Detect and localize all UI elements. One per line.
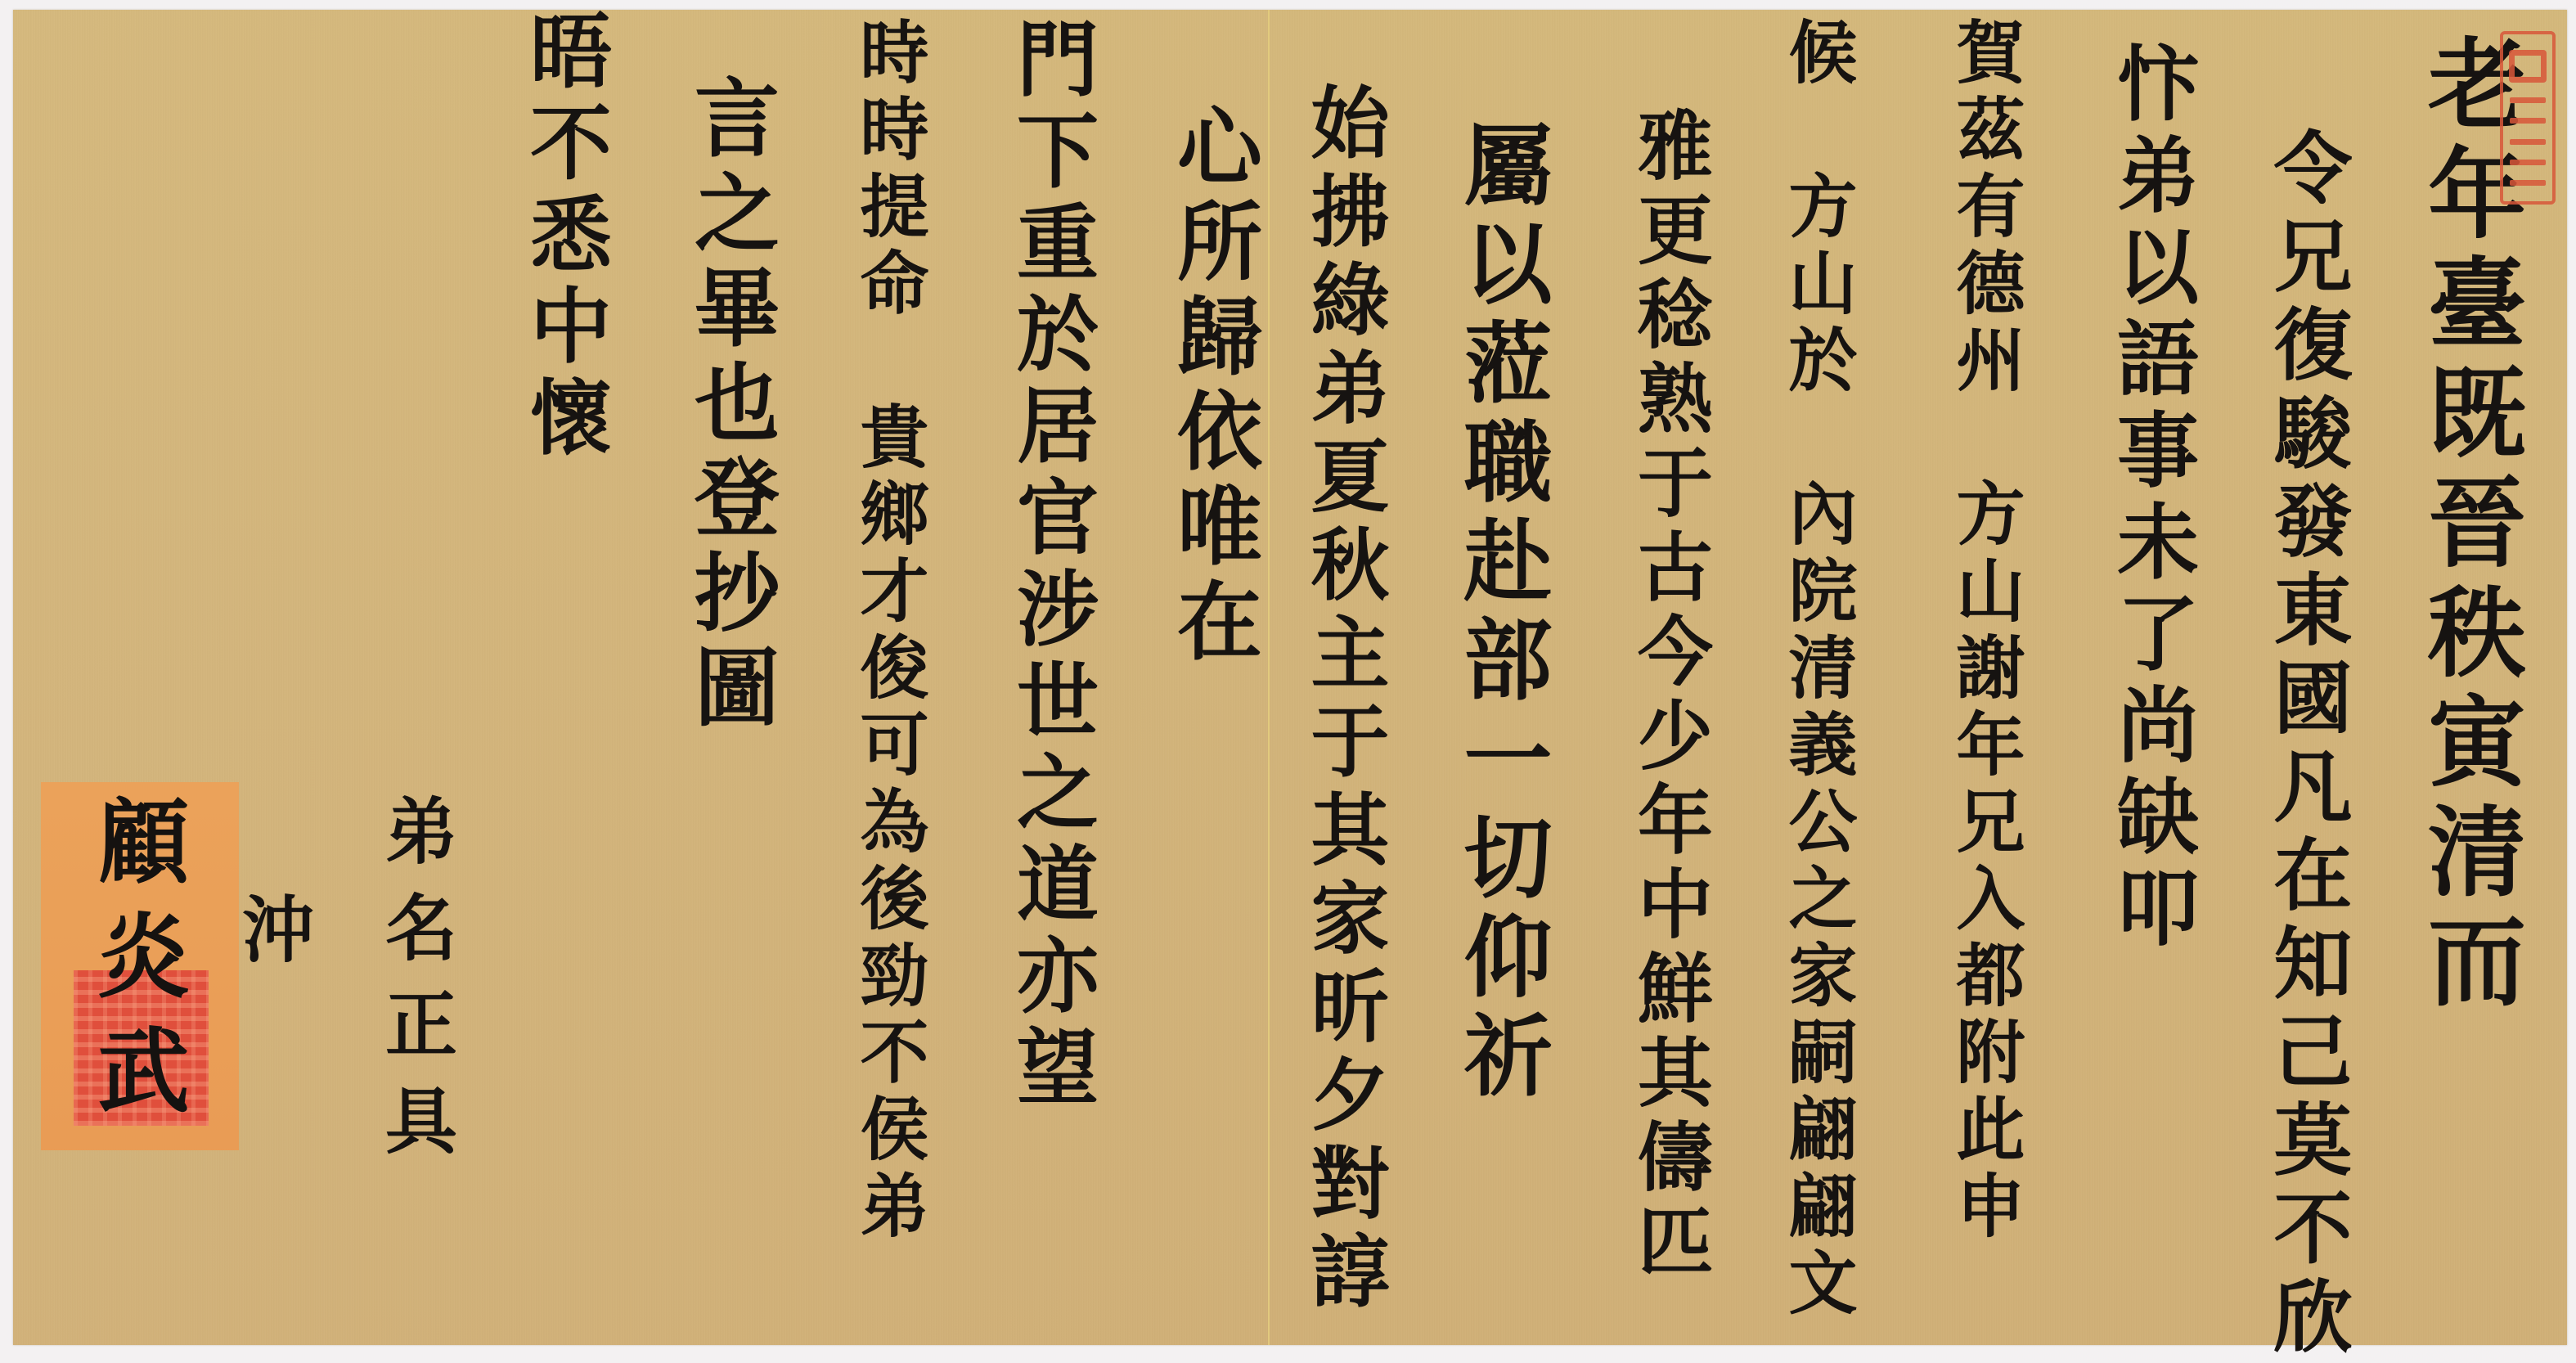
- name-slip: 顧炎武: [41, 782, 239, 1150]
- text-column: 言之畢也登抄圖: [687, 74, 772, 738]
- text-column: 心所歸依唯在: [1170, 102, 1255, 672]
- seal-stroke: [2510, 118, 2546, 124]
- text-column: 候 方山於 內院清義公之家嗣翩翩文: [1783, 16, 1852, 1324]
- seal-stroke: [2510, 160, 2546, 165]
- seal-stroke: [2510, 180, 2546, 186]
- panel-seam: [1268, 10, 1270, 1345]
- seal-top-right: [2500, 31, 2556, 205]
- text-column: 賀茲有德州 方山謝年兄入都附此申: [1951, 16, 2020, 1247]
- text-column: 忭弟以語事未了尚缺叩: [2111, 41, 2192, 957]
- text-column: 屬以蒞職赴部一切仰祈: [1456, 119, 1544, 1109]
- seal-stroke: [2509, 50, 2547, 83]
- text-column: 令兄復駿發東國凡在知己莫不欣: [2268, 127, 2346, 1363]
- seal-stroke: [2510, 139, 2546, 145]
- text-column: 門下重於居官涉世之道亦望: [1010, 16, 1092, 1116]
- signature-closing: 弟名正具: [380, 794, 452, 1180]
- calligraphy-sheet: 老年臺既晉秩寅清而令兄復駿發東國凡在知己莫不欣忭弟以語事未了尚缺叩賀茲有德州 方…: [13, 10, 2567, 1345]
- seal-stroke: [2510, 97, 2546, 103]
- text-column: 始拂綠弟夏秋主于其家昕夕對諄: [1305, 82, 1383, 1319]
- text-column: 時時提命 貴鄉才俊可為後勁不侯弟: [855, 16, 924, 1247]
- text-column: 晤不悉中懷: [524, 8, 605, 466]
- signature-addressee: 沖: [237, 892, 309, 969]
- text-column: 雅更稔熟于古今少年中鮮其儔匹: [1632, 106, 1707, 1286]
- author-name: 顧炎武: [90, 794, 182, 1137]
